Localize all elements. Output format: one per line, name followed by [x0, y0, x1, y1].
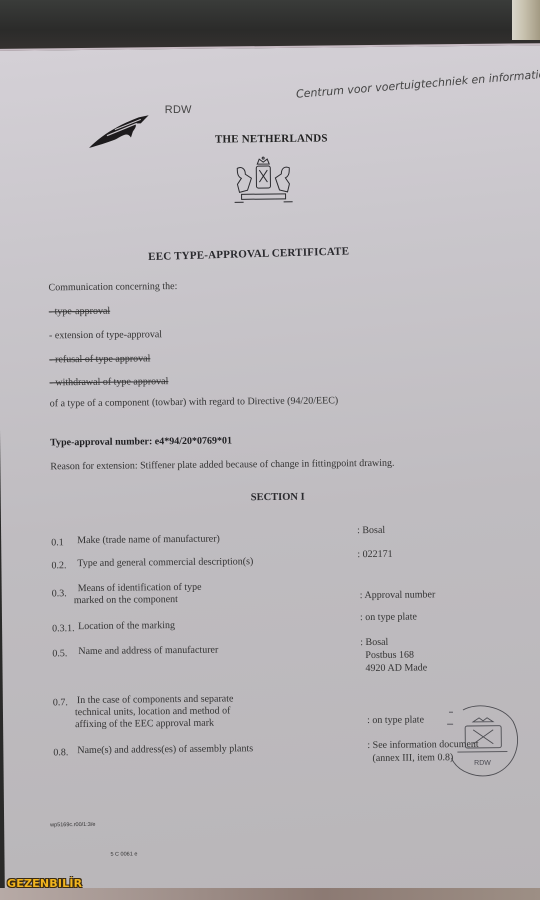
item-number: 0.8. — [53, 747, 68, 758]
item-label: Name and address of manufacturer — [78, 645, 218, 658]
extension-reason: Reason for extension: Stiffener plate ad… — [50, 458, 394, 473]
item-number: 0.2. — [51, 560, 66, 571]
official-stamp-icon: RDW — [443, 701, 522, 780]
background-wall — [512, 0, 540, 40]
item-label: Type and general commercial description(… — [77, 556, 253, 570]
item-number: 0.3.1. — [52, 623, 75, 634]
item-value: : Bosal — [357, 525, 385, 538]
coat-of-arms-icon — [231, 156, 296, 207]
item-number: 0.5. — [52, 648, 67, 659]
org-abbreviation: RDW — [165, 104, 192, 116]
option-withdrawal: - withdrawal of type approval — [49, 376, 168, 388]
item-value: Postbus 168 — [360, 650, 414, 663]
option-extension: - extension of type-approval — [49, 329, 162, 341]
item-label: Location of the marking — [78, 620, 175, 633]
approval-number: Type-approval number: e4*94/20*0769*01 — [50, 435, 232, 448]
item-label: Name(s) and address(es) of assembly plan… — [77, 743, 253, 757]
country-title: THE NETHERLANDS — [215, 132, 328, 145]
item-label: Make (trade name of manufacturer) — [77, 534, 220, 547]
option-refusal: - refusal of type approval — [49, 353, 150, 365]
item-value: : on type plate — [367, 714, 424, 727]
rdw-feather-logo-icon — [87, 109, 157, 150]
item-value: (annex III, item 0.8) — [367, 752, 453, 765]
item-label: Means of identification of type — [78, 582, 202, 595]
item-label: affixing of the EEC approval mark — [75, 718, 214, 731]
item-number: 0.3. — [52, 588, 67, 599]
org-tagline: Centrum voor voertuigtechniek en informa… — [296, 68, 540, 101]
form-code: 5 C 0061 e — [110, 851, 137, 857]
stamp-text: RDW — [474, 760, 491, 767]
communication-intro: Communication concerning the: — [48, 281, 177, 293]
item-value: : Approval number — [360, 589, 436, 602]
item-number: 0.7. — [53, 697, 68, 708]
document-code: wp5169c.r00/1:3/e — [50, 822, 95, 828]
certificate-title: EEC TYPE-APPROVAL CERTIFICATE — [148, 245, 349, 263]
item-value: : 022171 — [357, 549, 392, 562]
item-value: : on type plate — [360, 612, 417, 625]
item-value: : Bosal — [360, 637, 388, 650]
item-label: marked on the component — [74, 594, 178, 607]
scope-statement: of a type of a component (towbar) with r… — [50, 395, 339, 409]
site-watermark: GEZENBILİR — [7, 877, 82, 890]
section-title: SECTION I — [251, 492, 305, 504]
option-type-approval: - type-approval — [49, 306, 110, 318]
item-number: 0.1 — [51, 537, 64, 548]
certificate-page: RDW Centrum voor voertuigtechniek en inf… — [0, 43, 540, 897]
item-value: 4920 AD Made — [360, 662, 427, 675]
